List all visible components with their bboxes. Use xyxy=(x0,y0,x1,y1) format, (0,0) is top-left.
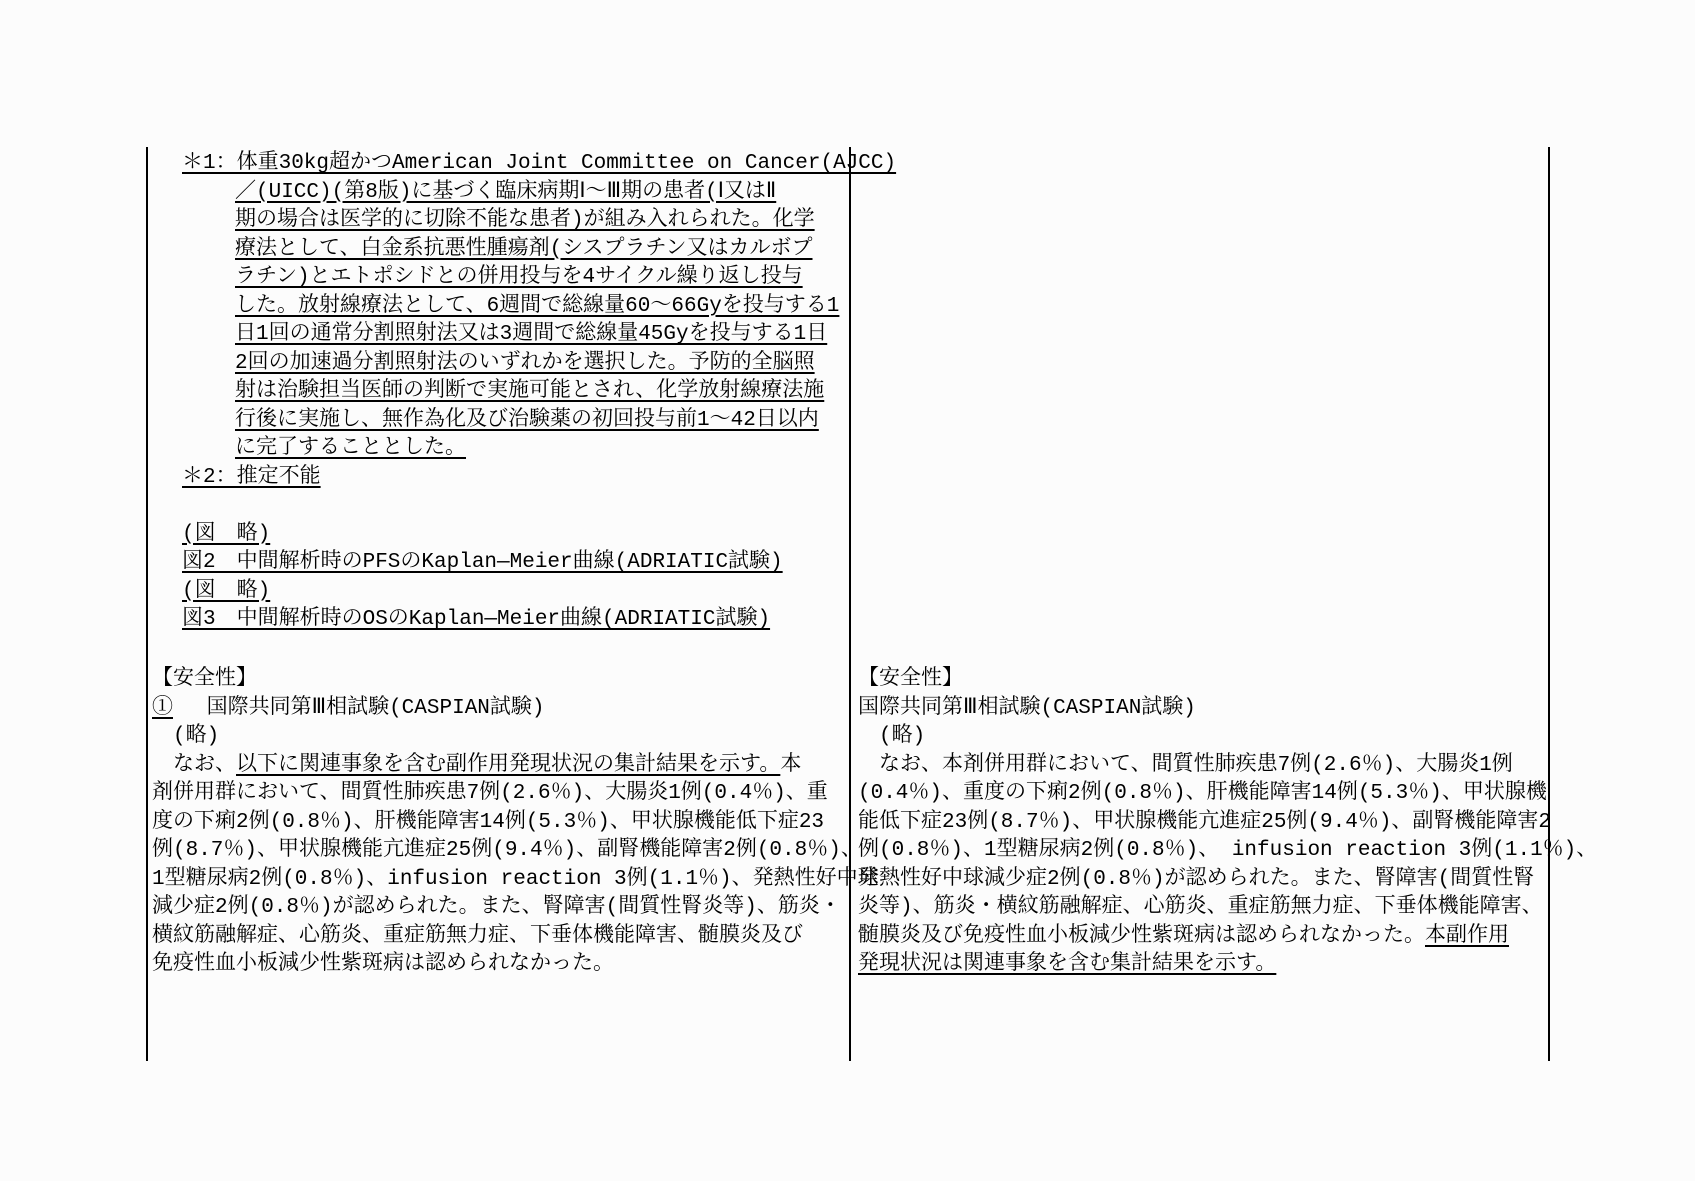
revised-text-underlined: 図3 中間解析時のOSのKaplan―Meier曲線(ADRIATIC試験) xyxy=(182,608,770,631)
text-line: 療法として、白金系抗悪性腫瘍剤(シスプラチン又はカルボプ xyxy=(182,236,896,265)
text-segment: 髄膜炎及び免疫性血小板減少性紫斑病は認められなかった。 xyxy=(858,925,1425,948)
text-line: 度の下痢2例(0.8％)、肝機能障害14例(5.3％)、甲状腺機能低下症23 xyxy=(152,809,879,838)
text-line: (0.4％)、重度の下痢2例(0.8％)、肝機能障害14例(5.3％)、甲状腺機 xyxy=(858,780,1597,809)
text-segment: 減少症2例(0.8％)が認められた。また、腎障害(間質性腎炎等)、筋炎・ xyxy=(152,896,841,919)
revised-text-underlined: 行後に実施し、無作為化及び治験薬の初回投与前1～42日以内 xyxy=(235,409,819,432)
text-segment: 【安全性】 xyxy=(858,668,963,691)
text-line: なお、本剤併用群において、間質性肺疾患7例(2.6％)、大腸炎1例 xyxy=(858,752,1597,781)
footnote-asterisk1-block: ＊1：体重30kg超かつAmerican Joint Committee on … xyxy=(182,150,896,464)
revised-text-underlined: 日1回の通常分割照射法又は3週間で総線量45Gyを投与する1日 xyxy=(235,323,827,346)
text-segment: 国際共同第Ⅲ相試験(CASPIAN試験) xyxy=(173,697,545,720)
text-line: 行後に実施し、無作為化及び治験薬の初回投与前1～42日以内 xyxy=(182,407,896,436)
text-line: ＊1：体重30kg超かつAmerican Joint Committee on … xyxy=(182,150,896,179)
revised-text-underlined: (図 略) xyxy=(182,523,270,546)
text-line: (略) xyxy=(858,723,1597,752)
text-line: 国際共同第Ⅲ相試験(CASPIAN試験) xyxy=(858,695,1597,724)
text-segment: 本 xyxy=(780,754,801,777)
revised-text-underlined: ＊1：体重30kg超かつAmerican Joint Committee on … xyxy=(182,152,896,175)
text-line: なお、以下に関連事象を含む副作用発現状況の集計結果を示す。本 xyxy=(152,752,879,781)
text-segment: 能低下症23例(8.7％)、甲状腺機能亢進症25例(9.4％)、副腎機能障害2 xyxy=(858,811,1551,834)
revised-text-underlined: (図 略) xyxy=(182,580,270,603)
text-line: に完了することとした。 xyxy=(182,435,896,464)
text-line: 図3 中間解析時のOSのKaplan―Meier曲線(ADRIATIC試験) xyxy=(182,606,783,635)
revised-text-underlined: に完了することとした。 xyxy=(235,437,466,460)
text-segment: 横紋筋融解症、心筋炎、重症筋無力症、下垂体機能障害、髄膜炎及び xyxy=(152,925,803,948)
revised-text-underlined: 図2 中間解析時のPFSのKaplan―Meier曲線(ADRIATIC試験) xyxy=(182,551,783,574)
text-line: (図 略) xyxy=(182,521,783,550)
text-line: 能低下症23例(8.7％)、甲状腺機能亢進症25例(9.4％)、副腎機能障害2 xyxy=(858,809,1597,838)
table-border-left xyxy=(146,147,148,1061)
revised-text-underlined: ＊2：推定不能 xyxy=(182,466,321,489)
text-line: 減少症2例(0.8％)が認められた。また、腎障害(間質性腎炎等)、筋炎・ xyxy=(152,894,879,923)
text-segment: 【安全性】 xyxy=(152,668,257,691)
text-line: 髄膜炎及び免疫性血小板減少性紫斑病は認められなかった。本副作用 xyxy=(858,923,1597,952)
text-line: 炎等)、筋炎・横紋筋融解症、心筋炎、重症筋無力症、下垂体機能障害、 xyxy=(858,894,1597,923)
text-line: 剤併用群において、間質性肺疾患7例(2.6％)、大腸炎1例(0.4％)、重 xyxy=(152,780,879,809)
revised-text-underlined: 本副作用 xyxy=(1425,925,1509,948)
text-segment: 剤併用群において、間質性肺疾患7例(2.6％)、大腸炎1例(0.4％)、重 xyxy=(152,782,828,805)
text-line: ① 国際共同第Ⅲ相試験(CASPIAN試験) xyxy=(152,695,879,724)
safety-section-current-column: 【安全性】国際共同第Ⅲ相試験(CASPIAN試験) (略) なお、本剤併用群にお… xyxy=(858,666,1597,980)
text-segment: 例(8.7％)、甲状腺機能亢進症25例(9.4％)、副腎機能障害2例(0.8％)… xyxy=(152,839,862,862)
text-segment: (0.4％)、重度の下痢2例(0.8％)、肝機能障害14例(5.3％)、甲状腺機 xyxy=(858,782,1547,805)
text-line: した。放射線療法として、6週間で総線量60～66Gyを投与する1 xyxy=(182,293,896,322)
text-segment: なお、本剤併用群において、間質性肺疾患7例(2.6％)、大腸炎1例 xyxy=(858,754,1513,777)
text-segment: 国際共同第Ⅲ相試験(CASPIAN試験) xyxy=(858,697,1196,720)
text-line: 【安全性】 xyxy=(152,666,879,695)
text-segment: (略) xyxy=(152,725,219,748)
text-segment: なお、 xyxy=(152,754,236,777)
text-segment: 1型糖尿病2例(0.8％)、infusion reaction 3例(1.1％)… xyxy=(152,868,879,891)
revised-text-underlined: 射は治験担当医師の判断で実施可能とされ、化学放射線療法施 xyxy=(235,380,824,403)
revised-text-underlined: した。放射線療法として、6週間で総線量60～66Gyを投与する1 xyxy=(235,295,839,318)
text-line: 2回の加速過分割照射法のいずれかを選択した。予防的全脳照 xyxy=(182,350,896,379)
revised-text-underlined: 発現状況は関連事象を含む集計結果を示す。 xyxy=(858,953,1276,976)
text-line: 【安全性】 xyxy=(858,666,1597,695)
text-line: ＊2：推定不能 xyxy=(182,464,321,493)
document-page: ＊1：体重30kg超かつAmerican Joint Committee on … xyxy=(0,0,1695,1181)
revised-text-underlined: ① xyxy=(152,697,173,720)
revised-text-underlined: ／(UICC)(第8版)に基づく臨床病期Ⅰ～Ⅲ期の患者(Ⅰ又はⅡ xyxy=(235,181,776,204)
text-line: ／(UICC)(第8版)に基づく臨床病期Ⅰ～Ⅲ期の患者(Ⅰ又はⅡ xyxy=(182,179,896,208)
text-line: 1型糖尿病2例(0.8％)、infusion reaction 3例(1.1％)… xyxy=(152,866,879,895)
revised-text-underlined: 療法として、白金系抗悪性腫瘍剤(シスプラチン又はカルボプ xyxy=(235,238,813,261)
figure-captions-block: (図 略)図2 中間解析時のPFSのKaplan―Meier曲線(ADRIATI… xyxy=(182,521,783,635)
text-segment: 発熱性好中球減少症2例(0.8％)が認められた。また、腎障害(間質性腎 xyxy=(858,868,1534,891)
text-line: 横紋筋融解症、心筋炎、重症筋無力症、下垂体機能障害、髄膜炎及び xyxy=(152,923,879,952)
text-line: 日1回の通常分割照射法又は3週間で総線量45Gyを投与する1日 xyxy=(182,321,896,350)
revised-text-underlined: 2回の加速過分割照射法のいずれかを選択した。予防的全脳照 xyxy=(235,352,815,375)
text-segment: 例(0.8％)、1型糖尿病2例(0.8％)、 infusion reaction… xyxy=(858,839,1597,862)
footnote-asterisk2-block: ＊2：推定不能 xyxy=(182,464,321,493)
revised-text-underlined: 期の場合は医学的に切除不能な患者)が組み入れられた。化学 xyxy=(235,209,815,232)
text-line: (図 略) xyxy=(182,578,783,607)
revised-text-underlined: 以下に関連事象を含む副作用発現状況の集計結果を示す。 xyxy=(236,754,780,777)
text-line: 例(0.8％)、1型糖尿病2例(0.8％)、 infusion reaction… xyxy=(858,837,1597,866)
text-segment: 炎等)、筋炎・横紋筋融解症、心筋炎、重症筋無力症、下垂体機能障害、 xyxy=(858,896,1543,919)
text-line: 射は治験担当医師の判断で実施可能とされ、化学放射線療法施 xyxy=(182,378,896,407)
revised-text-underlined: ラチン)とエトポシドとの併用投与を4サイクル繰り返し投与 xyxy=(235,266,803,289)
text-line: 図2 中間解析時のPFSのKaplan―Meier曲線(ADRIATIC試験) xyxy=(182,549,783,578)
text-line: 期の場合は医学的に切除不能な患者)が組み入れられた。化学 xyxy=(182,207,896,236)
text-line: 発現状況は関連事象を含む集計結果を示す。 xyxy=(858,951,1597,980)
text-line: (略) xyxy=(152,723,879,752)
text-segment: (略) xyxy=(858,725,925,748)
safety-section-revised-column: 【安全性】① 国際共同第Ⅲ相試験(CASPIAN試験) (略) なお、以下に関連… xyxy=(152,666,879,980)
text-segment: 免疫性血小板減少性紫斑病は認められなかった。 xyxy=(152,953,614,976)
text-line: 例(8.7％)、甲状腺機能亢進症25例(9.4％)、副腎機能障害2例(0.8％)… xyxy=(152,837,879,866)
text-line: ラチン)とエトポシドとの併用投与を4サイクル繰り返し投与 xyxy=(182,264,896,293)
text-line: 発熱性好中球減少症2例(0.8％)が認められた。また、腎障害(間質性腎 xyxy=(858,866,1597,895)
text-segment: 度の下痢2例(0.8％)、肝機能障害14例(5.3％)、甲状腺機能低下症23 xyxy=(152,811,824,834)
text-line: 免疫性血小板減少性紫斑病は認められなかった。 xyxy=(152,951,879,980)
